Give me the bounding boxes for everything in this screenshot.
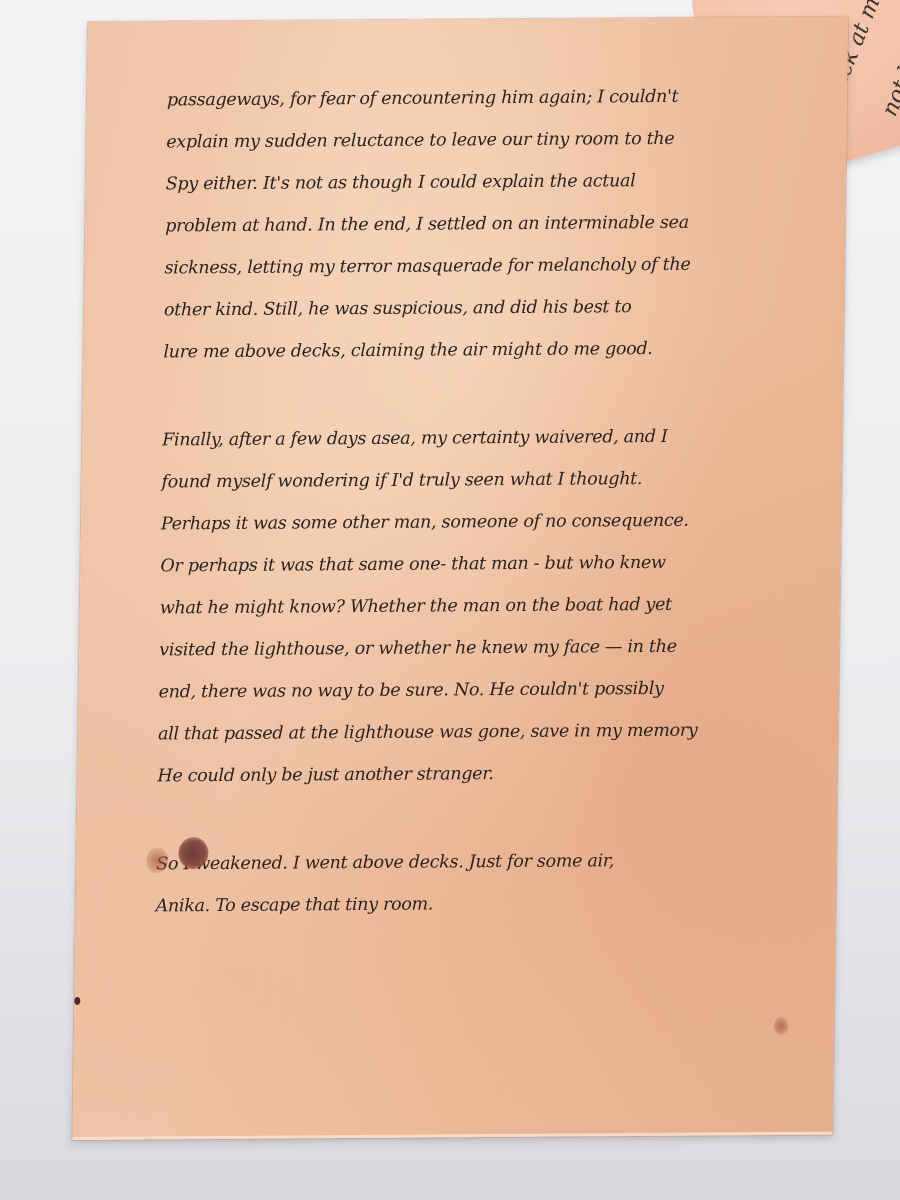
text-line: Perhaps it was some other man, someone o… xyxy=(161,499,742,545)
text-line: Spy either. It's not as though I could e… xyxy=(165,159,746,205)
text-line: sickness, letting my terror masquerade f… xyxy=(164,243,745,289)
text-line: lure me above decks, claiming the air mi… xyxy=(163,327,744,373)
text-line: explain my sudden reluctance to leave ou… xyxy=(166,117,747,163)
paragraph-gap xyxy=(157,793,738,843)
text-line: Anika. To escape that tiny room. xyxy=(155,881,736,927)
ink-dot xyxy=(74,997,80,1005)
text-line: other kind. Still, he was suspicious, an… xyxy=(164,285,745,331)
paragraph-gap xyxy=(162,369,743,419)
text-line: end, there was no way to be sure. No. He… xyxy=(158,667,739,713)
text-line: all that passed at the lighthouse was go… xyxy=(158,709,739,755)
text-line: problem at hand. In the end, I settled o… xyxy=(165,201,746,247)
text-line: He could only be just another stranger. xyxy=(157,751,738,797)
paragraph-1: passageways, for fear of encountering hi… xyxy=(163,75,747,373)
paragraph-3: So I weakened. I went above decks. Just … xyxy=(155,839,736,927)
text-line: Or perhaps it was that same one- that ma… xyxy=(160,541,741,587)
text-line: visited the lighthouse, or whether he kn… xyxy=(159,625,740,671)
text-line: what he might know? Whether the man on t… xyxy=(160,583,741,629)
paragraph-2: Finally, after a few days asea, my certa… xyxy=(157,415,742,797)
ink-stain xyxy=(774,1017,788,1035)
page-edge xyxy=(72,1132,832,1140)
text-line: passageways, for fear of encountering hi… xyxy=(167,75,748,121)
letter-page: passageways, for fear of encountering hi… xyxy=(72,17,848,1140)
letter-body: passageways, for fear of encountering hi… xyxy=(155,75,747,927)
text-line: Finally, after a few days asea, my certa… xyxy=(162,415,743,461)
adjacent-page-line: not belong t xyxy=(877,0,900,120)
text-line: found myself wondering if I'd truly seen… xyxy=(161,457,742,503)
text-line: So I weakened. I went above decks. Just … xyxy=(156,839,737,885)
